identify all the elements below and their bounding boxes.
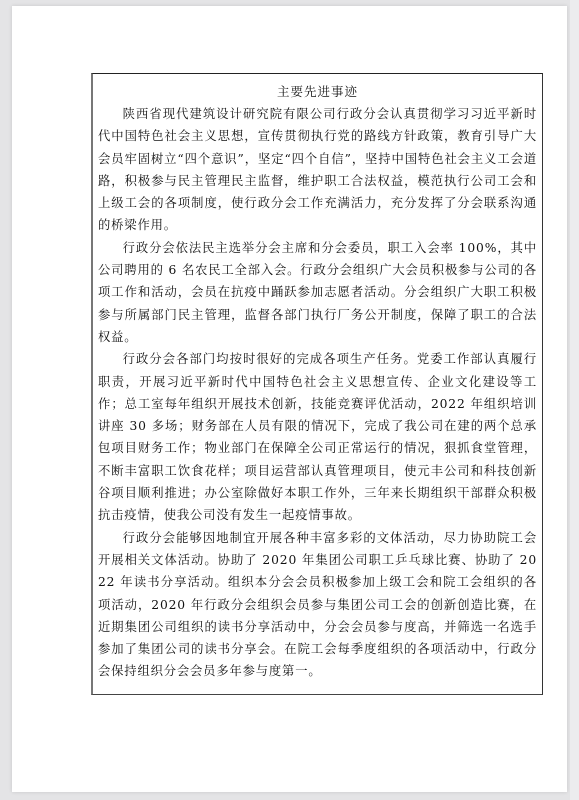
paragraph-3: 行政分会各部门均按时很好的完成各项生产任务。党委工作部认真履行职责，开展习近平新…	[98, 348, 537, 526]
paragraph-4: 行政分会能够因地制宜开展各种丰富多彩的文体活动，尽力协助院工会开展相关文体活动。…	[98, 527, 537, 683]
bordered-text-box: 主要先进事迹 陕西省现代建筑设计研究院有限公司行政分会认真贯彻学习习近平新时代中…	[91, 73, 543, 695]
paragraph-2: 行政分会依法民主选举分会主席和分会委员，职工入会率 100%，其中公司聘用的 6…	[98, 237, 537, 348]
vertical-scrollbar[interactable]	[570, 0, 579, 800]
document-page: 主要先进事迹 陕西省现代建筑设计研究院有限公司行政分会认真贯彻学习习近平新时代中…	[12, 6, 567, 792]
paragraph-1: 陕西省现代建筑设计研究院有限公司行政分会认真贯彻学习习近平新时代中国特色社会主义…	[98, 103, 537, 237]
document-title: 主要先进事迹	[98, 81, 537, 103]
